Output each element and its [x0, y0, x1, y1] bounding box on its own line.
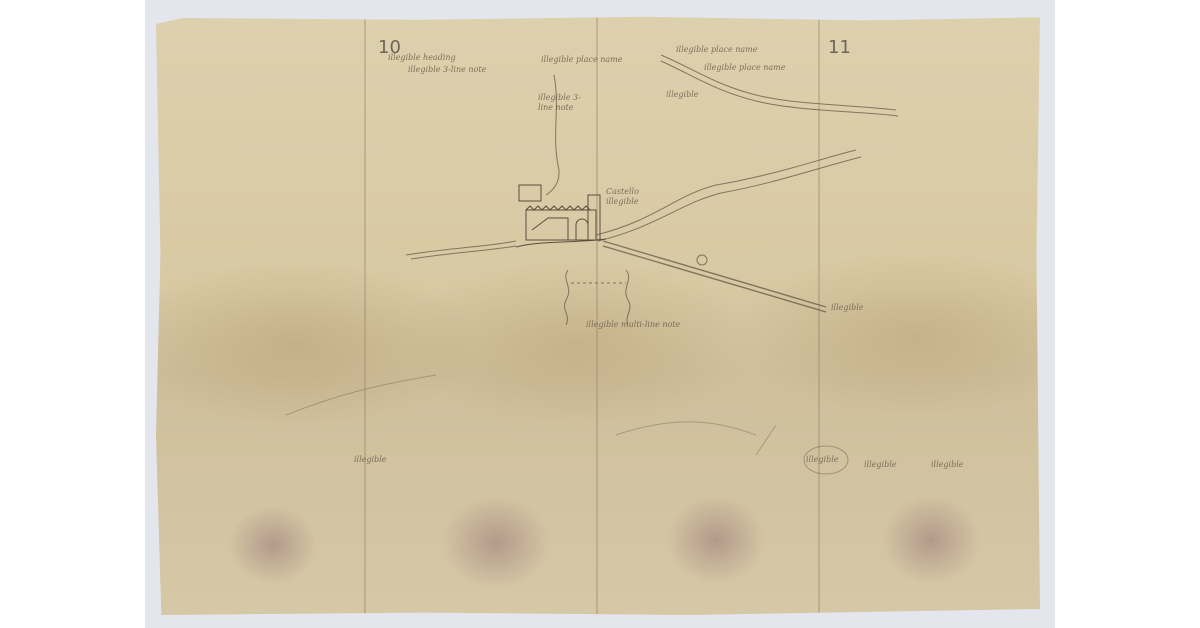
map-drawing [156, 15, 1040, 615]
manuscript-sheet: 10 11 Castello illegible illegible headi… [156, 15, 1040, 615]
fortress-label: Castello [606, 187, 639, 197]
page-number-right: 11 [828, 37, 851, 58]
fortress-sublabel: illegible [606, 197, 639, 207]
upper-mid-note: illegible 3-line note [538, 93, 588, 113]
top-note: illegible 3-line note [408, 65, 538, 75]
lower-right-label: illegible [806, 455, 839, 465]
upper-right-place-1: illegible place name [676, 45, 758, 55]
lower-left-notes: illegible [354, 455, 387, 465]
lower-right-label: illegible [931, 460, 964, 470]
upper-left-place: illegible place name [541, 55, 623, 65]
top-heading: illegible heading [388, 53, 456, 63]
fortress-icon [516, 185, 606, 247]
upper-right-place-2: illegible place name [704, 63, 786, 73]
lower-right-label: illegible [864, 460, 897, 470]
upper-right-small: illegible [666, 90, 699, 100]
center-note: illegible multi-line note [586, 320, 736, 330]
road-end-label: illegible [831, 303, 864, 313]
